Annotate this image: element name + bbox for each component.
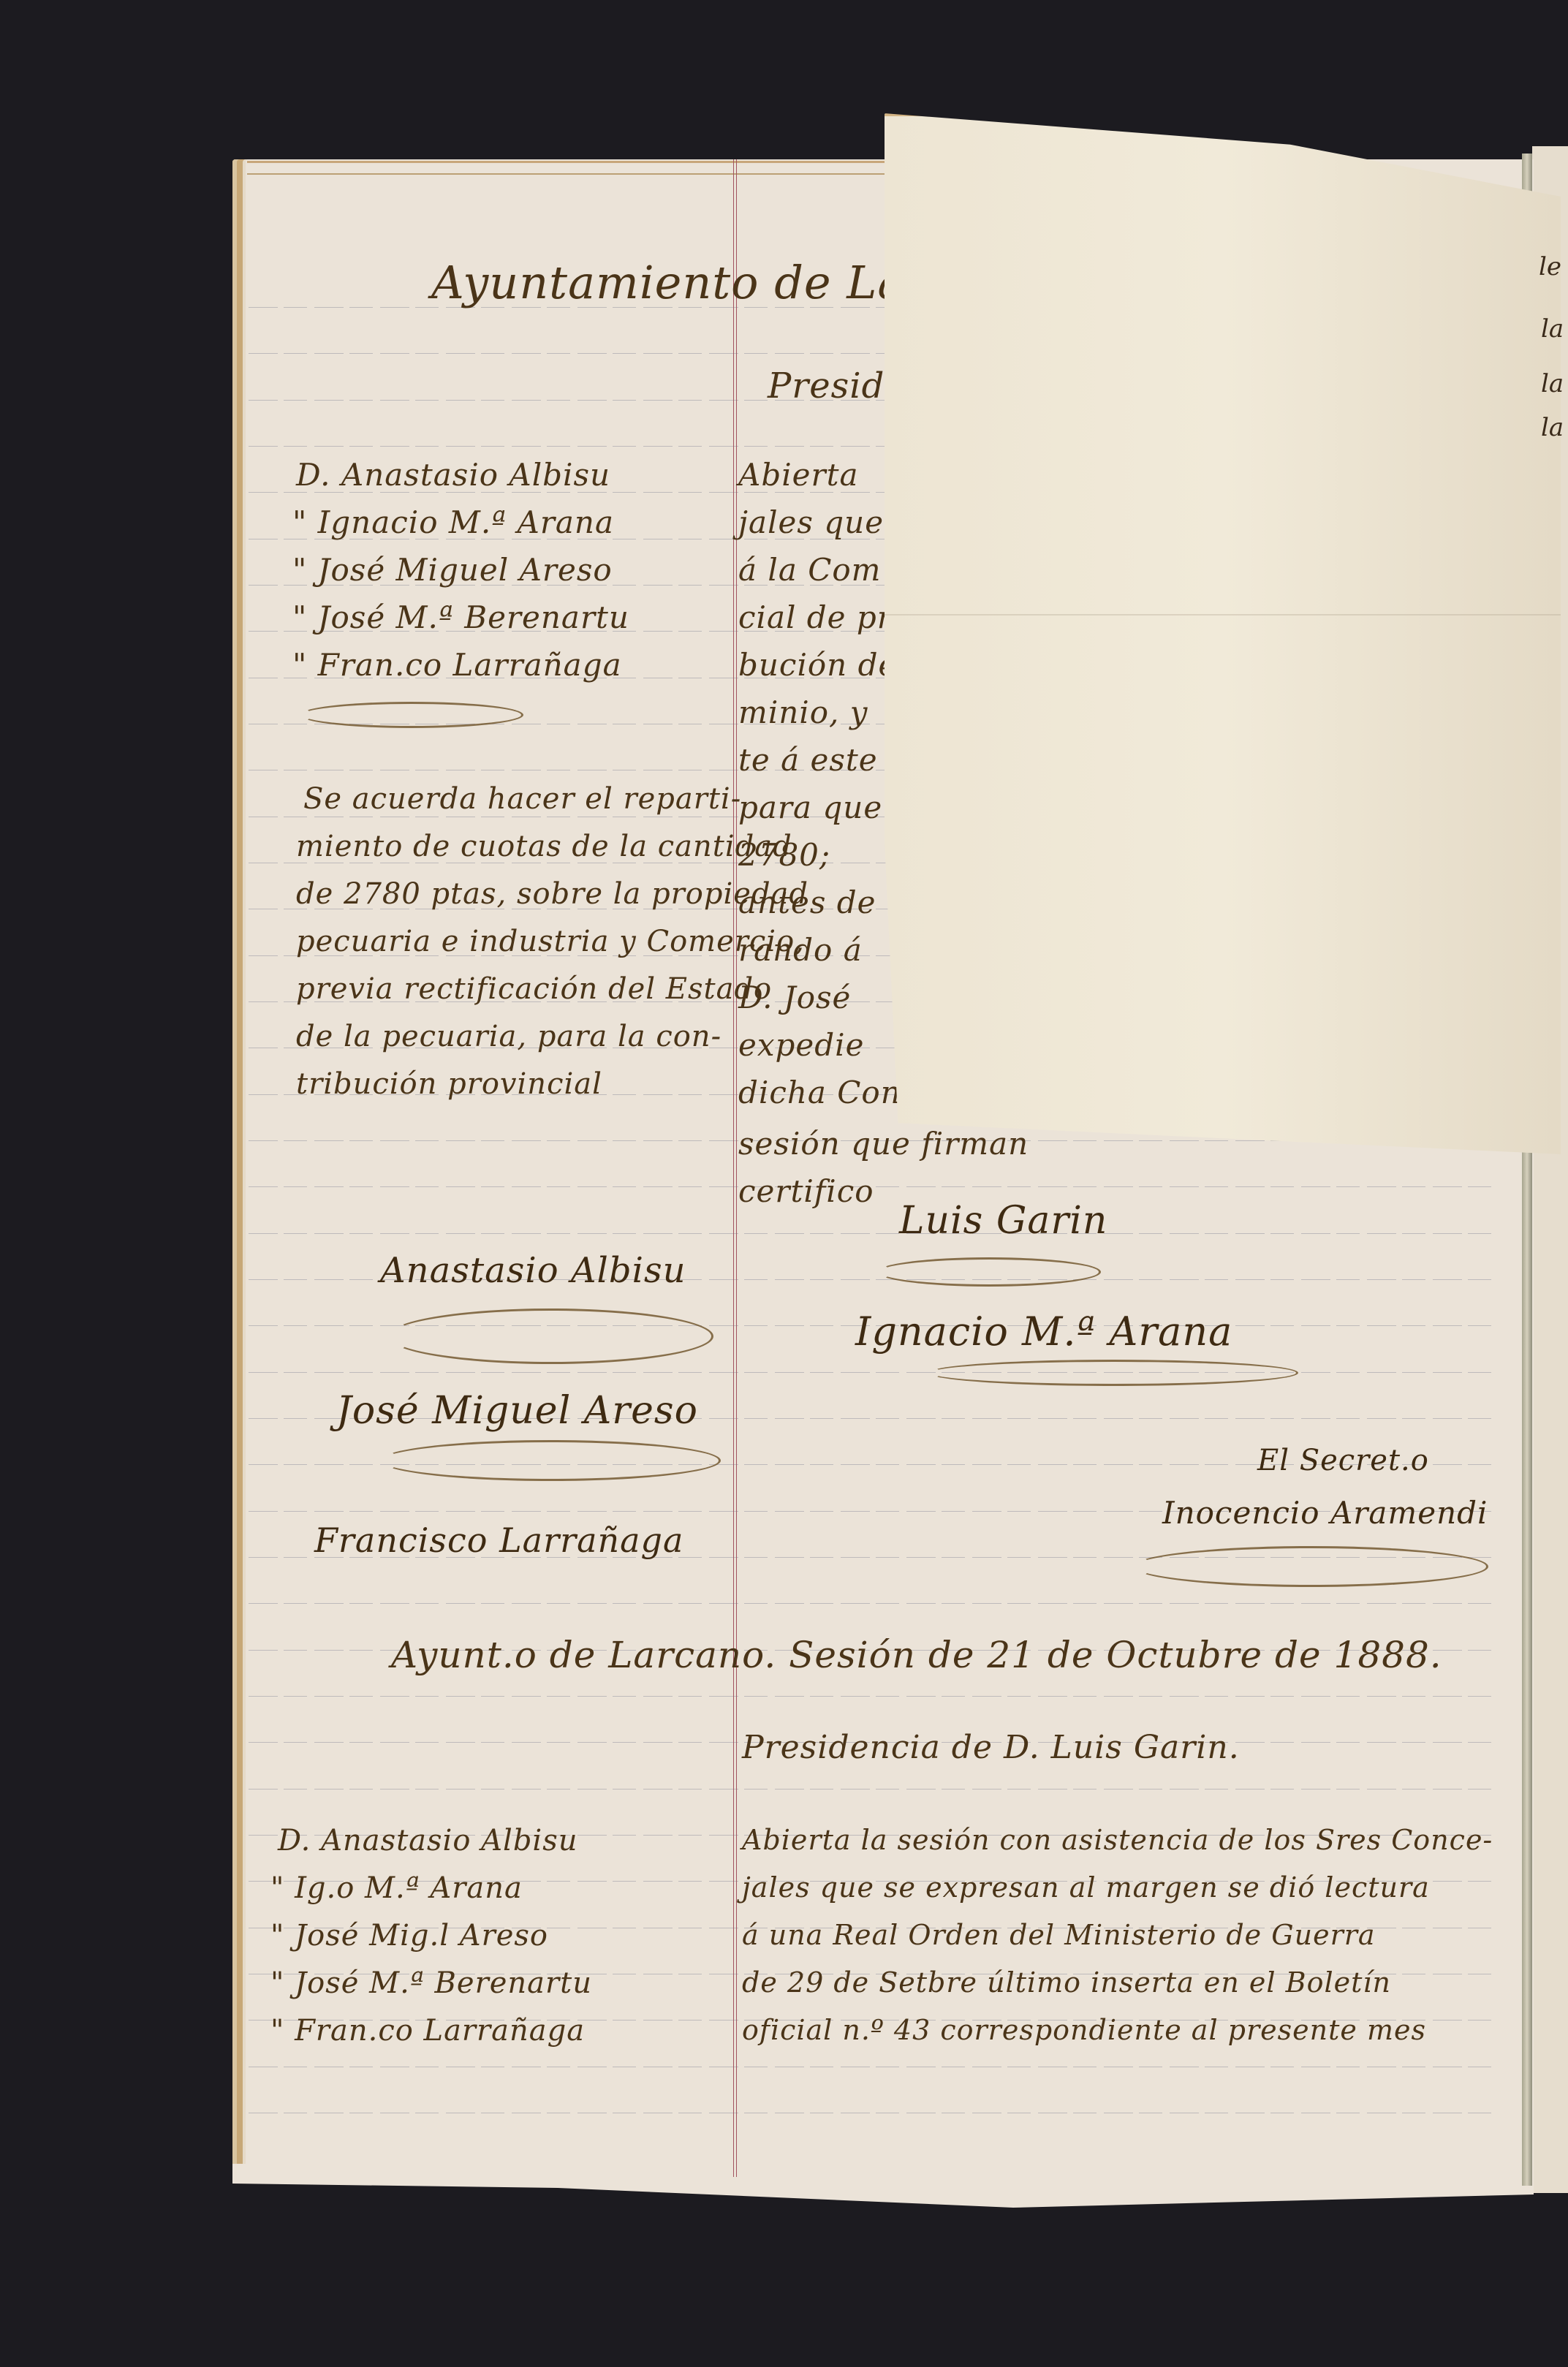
resolution-line: previa rectificación del Estado <box>296 972 772 1006</box>
attendee: D. Anastasio Albisu <box>296 457 610 493</box>
body-line: D. José <box>738 980 851 1015</box>
body-line: minio, y <box>738 694 868 730</box>
secretary-signature: Inocencio Aramendi <box>1162 1495 1488 1531</box>
body-line: para que <box>738 789 882 825</box>
body-line: expedie <box>738 1027 864 1063</box>
signature-flourish <box>387 1309 713 1364</box>
margin-fragment: le <box>1539 252 1561 281</box>
signature: José Miguel Areso <box>336 1389 698 1433</box>
folded-insert-sheet <box>885 113 1561 1154</box>
signature: Francisco Larrañaga <box>314 1520 683 1560</box>
body-line: sesión que firman <box>738 1126 1029 1162</box>
resolution-line: miento de cuotas de la cantidad <box>296 830 792 863</box>
attendee: " José Miguel Areso <box>292 552 613 588</box>
signature: Ignacio M.ª Arana <box>855 1309 1232 1355</box>
body-line: 2780; <box>738 837 830 873</box>
signature-flourish <box>877 1257 1101 1287</box>
body-line: certifico <box>738 1173 874 1209</box>
attendee: " José M.ª Berenartu <box>292 599 629 635</box>
signature: Luis Garin <box>899 1199 1107 1243</box>
attendee: " José M.ª Berenartu <box>270 1966 592 2000</box>
presidency-label: Presidencia de D. Luis Garin. <box>742 1729 1240 1766</box>
resolution-line: pecuaria e industria y Comercio, <box>296 925 805 958</box>
resolution-line: Se acuerda hacer el reparti- <box>303 782 741 816</box>
attendee: " Ignacio M.ª Arana <box>292 504 614 540</box>
signature-flourish <box>380 1440 721 1481</box>
body-line: á una Real Orden del Ministerio de Guerr… <box>742 1919 1376 1951</box>
resolution-line: tribución provincial <box>296 1067 602 1101</box>
body-line: antes de <box>738 885 876 920</box>
margin-fragment: la <box>1541 369 1564 398</box>
session-heading: Ayunt.o de Larcano. Sesión de 21 de Octu… <box>391 1634 1442 1676</box>
attendee: D. Anastasio Albisu <box>278 1824 578 1857</box>
page-top-edge <box>247 161 905 175</box>
body-line: oficial n.º 43 correspondiente al presen… <box>742 2014 1426 2046</box>
flourish-mark <box>300 702 523 728</box>
resolution-line: de la pecuaria, para la con- <box>296 1020 721 1053</box>
resolution-line: de 2780 ptas, sobre la propiedad <box>296 877 808 911</box>
body-line: dicha Con <box>738 1075 901 1110</box>
attendee: " Ig.o M.ª Arana <box>270 1871 523 1905</box>
body-line: te á este <box>738 742 878 778</box>
signature-flourish <box>1133 1546 1488 1587</box>
body-line: jales que se expresan al margen se dió l… <box>742 1871 1430 1904</box>
margin-rule <box>733 159 737 2177</box>
page-bottom-edge <box>232 2164 1534 2208</box>
body-line: Abierta la sesión con asistencia de los … <box>742 1824 1493 1856</box>
attendee: " Fran.co Larrañaga <box>292 647 622 683</box>
signature-flourish <box>928 1360 1298 1386</box>
margin-fragment: la <box>1541 413 1564 442</box>
body-line: jales que <box>738 504 884 540</box>
margin-fragment: la <box>1541 314 1564 344</box>
body-line: Abierta <box>738 457 859 493</box>
attendee: " José Mig.l Areso <box>270 1919 548 1953</box>
signature: Anastasio Albisu <box>380 1250 686 1291</box>
body-line: bución de <box>738 647 897 683</box>
attendee: " Fran.co Larrañaga <box>270 2014 585 2048</box>
body-line: rando á <box>738 932 863 968</box>
insert-fold-crease <box>885 614 1561 616</box>
body-line: á la Com <box>738 552 881 588</box>
secretary-title: El Secret.o <box>1257 1444 1429 1477</box>
body-line: cial de pr <box>738 599 893 635</box>
body-line: de 29 de Setbre último inserta en el Bol… <box>742 1966 1391 1999</box>
